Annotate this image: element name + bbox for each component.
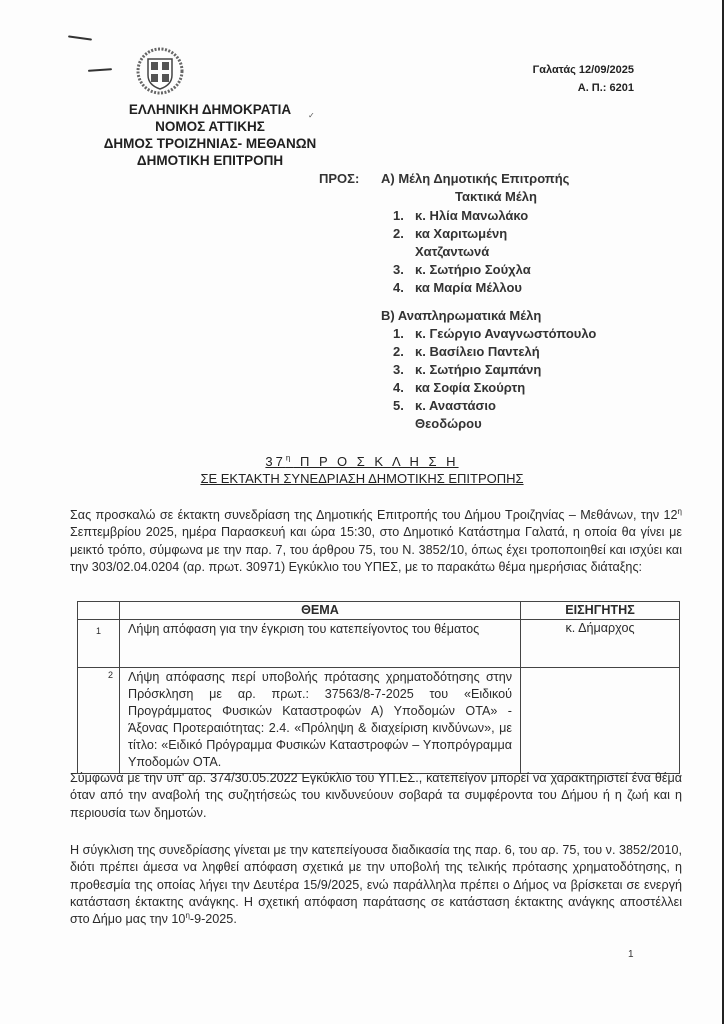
member-item: 1.κ. Γεώργιο Αναγνωστόπουλο	[393, 325, 596, 343]
member-item: 2.κα Χαριτωμένη Χατζαντωνά	[393, 225, 507, 261]
member-item: 3.κ. Σωτήριο Σούχλα	[393, 261, 531, 279]
date-block: Γαλατάς 12/09/2025 Α. Π.: 6201	[533, 61, 634, 97]
document-page: ΕΛΛΗΝΙΚΗ ΔΗΜΟΚΡΑΤΙΑ ΝΟΜΟΣ ΑΤΤΙΚΗΣ ΔΗΜΟΣ …	[0, 0, 724, 1024]
member-item: 4.κα Σοφία Σκούρτη	[393, 379, 525, 397]
group-a-title: Α) Μέλη Δημοτικής Επιτροπής	[381, 171, 569, 186]
item-subject: Λήψη απόφασης περί υποβολής πρότασης χρη…	[120, 668, 521, 774]
member-item: 4.κα Μαρία Μέλλου	[393, 279, 522, 297]
justification-paragraph: Η σύγκλιση της συνεδρίασης γίνεται με τη…	[70, 842, 682, 928]
header-line: ΔΗΜΟΣ ΤΡΟΙΖΗΝΙΑΣ- ΜΕΘΑΝΩΝ	[80, 135, 340, 152]
place-date: Γαλατάς 12/09/2025	[533, 61, 634, 79]
table-row: 2 Λήψη απόφασης περί υποβολής πρότασης χ…	[78, 668, 680, 774]
item-number: 2	[78, 668, 120, 774]
agenda-table: ΘΕΜΑ ΕΙΣΗΓΗΤΗΣ 1 Λήψη απόφαση για την έγ…	[77, 601, 680, 774]
greek-coat-of-arms-icon	[136, 47, 184, 95]
title-line-2: ΣΕ ΕΚΤΑΚΤΗ ΣΥΝΕΔΡΙΑΣΗ ΔΗΜΟΤΙΚΗΣ ΕΠΙΤΡΟΠΗ…	[0, 471, 724, 486]
issuer-header: ΕΛΛΗΝΙΚΗ ΔΗΜΟΚΡΑΤΙΑ ΝΟΜΟΣ ΑΤΤΙΚΗΣ ΔΗΜΟΣ …	[80, 101, 340, 169]
header-line: ΔΗΜΟΤΙΚΗ ΕΠΙΤΡΟΠΗ	[80, 152, 340, 169]
group-b-title: Β) Αναπληρωματικά Μέλη	[381, 308, 541, 323]
page-number: 1	[628, 949, 634, 960]
to-label: ΠΡΟΣ:	[319, 171, 359, 186]
title-line-1: 37η Π Ρ Ο Σ Κ Λ Η Σ Η	[0, 454, 724, 469]
pen-mark	[88, 68, 112, 72]
table-row: 1 Λήψη απόφαση για την έγκριση του κατεπ…	[78, 620, 680, 668]
member-item: 3.κ. Σωτήριο Σαμπάνη	[393, 361, 541, 379]
urgency-paragraph: Σύμφωνα με την υπ' αρ. 374/30.05.2022 Εγ…	[70, 770, 682, 822]
intro-paragraph: Σας προσκαλώ σε έκτακτη συνεδρίαση της Δ…	[70, 507, 682, 576]
item-rapporteur: κ. Δήμαρχος	[521, 620, 680, 668]
member-item: 1.κ. Ηλία Μανωλάκο	[393, 207, 528, 225]
header-line: ΕΛΛΗΝΙΚΗ ΔΗΜΟΚΡΑΤΙΑ	[80, 101, 340, 118]
pen-mark	[68, 35, 92, 40]
col-header-subject: ΘΕΜΑ	[120, 602, 521, 620]
col-header-rapporteur: ΕΙΣΗΓΗΤΗΣ	[521, 602, 680, 620]
col-header-no	[78, 602, 120, 620]
header-line: ΝΟΜΟΣ ΑΤΤΙΚΗΣ	[80, 118, 340, 135]
item-subject: Λήψη απόφαση για την έγκριση του κατεπεί…	[120, 620, 521, 668]
member-item: 5.κ. Αναστάσιο Θεοδώρου	[393, 397, 496, 433]
item-number: 1	[78, 620, 120, 668]
scan-mark: ✓	[308, 111, 315, 120]
protocol-number: Α. Π.: 6201	[533, 79, 634, 97]
member-item: 2.κ. Βασίλειο Παντελή	[393, 343, 540, 361]
table-header-row: ΘΕΜΑ ΕΙΣΗΓΗΤΗΣ	[78, 602, 680, 620]
group-a-subtitle: Τακτικά Μέλη	[455, 189, 537, 204]
item-rapporteur	[521, 668, 680, 774]
